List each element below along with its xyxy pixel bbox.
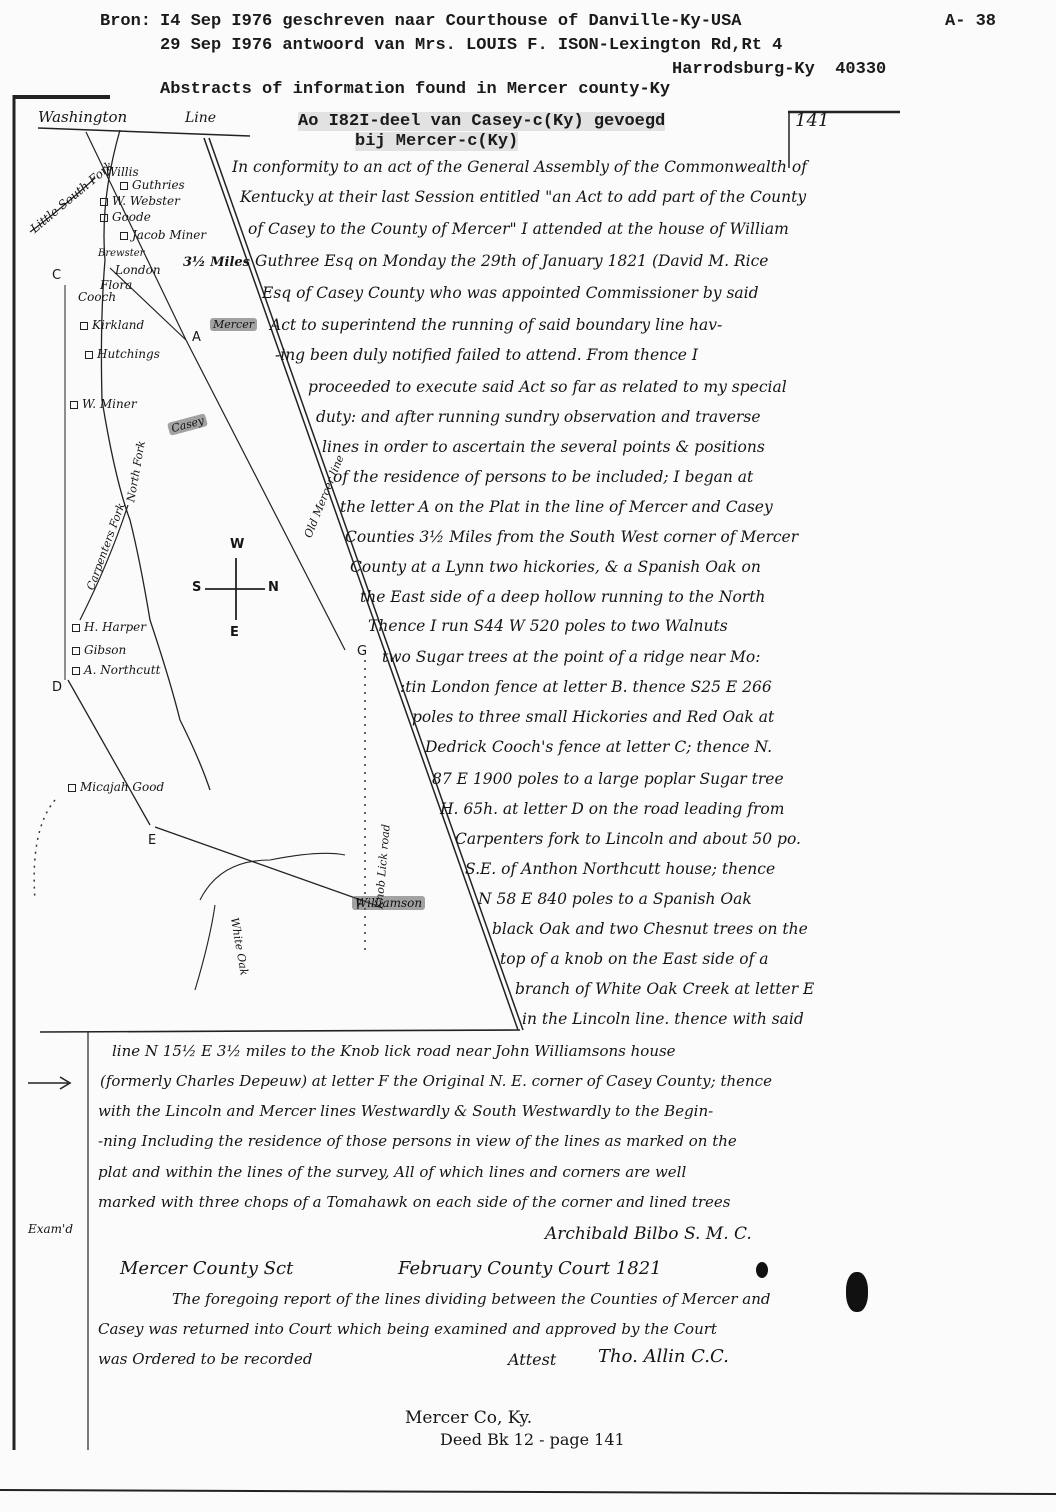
map-house-london: London [115,263,161,277]
house-icon [68,784,76,792]
body-line: :tin London fence at letter B. thence S2… [400,678,772,696]
deed-page-number: 141 [795,110,829,131]
body-line: Act to superintend the running of said b… [270,316,722,334]
compass-e: E [230,625,239,640]
map-house-northcutt: A. Northcutt [72,663,160,677]
house-name: Kirkland [92,318,144,332]
map-house-harper: H. Harper [72,620,146,634]
body-line: Dedrick Cooch's fence at letter C; thenc… [425,738,772,756]
house-icon [72,647,80,655]
compass-n: N [268,580,279,595]
map-corner-c: C [52,268,61,283]
body-line: -ing been duly notified failed to attend… [275,346,698,364]
page-ref: A- 38 [945,12,996,31]
map-distance-label: 3½ Miles [183,255,250,270]
map-corner-a: A [192,330,201,345]
source-label: Bron: [100,12,151,31]
map-house-willis: Willis [105,165,139,179]
body-line: Thence I run S44 W 520 poles to two Waln… [368,617,728,635]
map-house-micajah-good: Micajah Good [68,780,164,794]
lower-line: (formerly Charles Depeuw) at letter F th… [100,1072,772,1090]
house-name: Goode [112,210,151,224]
abstract-title: Abstracts of information found in Mercer… [160,80,670,99]
house-icon [72,624,80,632]
ink-blot [846,1272,868,1312]
map-house-cooch: Cooch [78,290,116,304]
lower-line: line N 15½ E 3½ miles to the Knob lick r… [112,1042,676,1060]
map-house-jacob-miner: Jacob Miner [120,228,206,242]
map-house-kirkland: Kirkland [80,318,144,332]
house-name: Guthries [132,178,185,192]
body-line: the East side of a deep hollow running t… [360,588,765,606]
house-icon [80,322,88,330]
body-line: Carpenters fork to Lincoln and about 50 … [455,830,801,848]
body-line: in the Lincoln line. thence with said [522,1010,804,1028]
court-line: The foregoing report of the lines dividi… [172,1290,770,1308]
body-line: 87 E 1900 poles to a large poplar Sugar … [432,770,784,788]
house-icon [72,667,80,675]
margin-note: Exam'd [28,1222,73,1236]
map-label-washington: Washington [38,108,127,126]
house-icon [120,182,128,190]
body-line: two Sugar trees at the point of a ridge … [382,648,760,666]
court-line: was Ordered to be recorded [98,1350,312,1368]
house-icon [100,198,108,206]
house-name: Gibson [84,643,126,657]
map-corner-d: D [52,680,62,695]
body-line: H. 65h. at letter D on the road leading … [440,800,784,818]
lower-line: with the Lincoln and Mercer lines Westwa… [98,1102,713,1120]
map-label-line: Line [185,110,216,126]
house-name: Micajah Good [80,780,164,794]
house-icon [70,401,78,409]
body-line: proceeded to execute said Act so far as … [308,378,787,396]
body-line: duty: and after running sundry observati… [316,408,761,426]
map-county-mercer: Mercer [210,318,257,331]
body-line: Counties 3½ Miles from the South West co… [345,528,798,546]
subheader-line-2: bij Mercer-c(Ky) [355,132,518,151]
map-house-goode: Goode [100,210,151,224]
house-name: A. Northcutt [84,663,160,677]
court-heading-left: Mercer County Sct [120,1258,293,1279]
house-name: W. Miner [82,397,137,411]
subheader-line-1: Ao I82I-deel van Casey-c(Ky) gevoegd [298,112,665,131]
body-line: black Oak and two Chesnut trees on the [492,920,808,938]
surveyor-signature: Archibald Bilbo S. M. C. [545,1224,752,1244]
body-line: the letter A on the Plat in the line of … [340,498,773,516]
footer-line-2: Deed Bk 12 - page 141 [440,1430,625,1449]
body-line: Esq of Casey County who was appointed Co… [262,284,759,302]
map-corner-e: E [148,833,156,848]
body-line: In conformity to an act of the General A… [232,158,807,176]
header-line-1: I4 Sep I976 geschreven naar Courthouse o… [160,12,742,31]
body-line: branch of White Oak Creek at letter E [515,980,814,998]
body-line: top of a knob on the East side of a [500,950,769,968]
compass-s: S [192,580,201,595]
house-name: H. Harper [84,620,146,634]
compass-w: W [230,537,244,552]
court-heading-right: February County Court 1821 [398,1258,662,1279]
house-name: W. Webster [112,194,180,208]
map-house-gibson: Gibson [72,643,126,657]
body-line: Guthree Esq on Monday the 29th of Januar… [255,252,768,270]
house-name: Hutchings [97,347,160,361]
body-line: S.E. of Anthon Northcutt house; thence [465,860,775,878]
house-name: Jacob Miner [132,228,206,242]
map-corner-f: F [356,898,363,913]
map-house-guthries: Guthries [120,178,185,192]
map-house-webster: W. Webster [100,194,180,208]
body-line: of Casey to the County of Mercer" I atte… [248,220,789,238]
header-line-2: 29 Sep I976 antwoord van Mrs. LOUIS F. I… [160,36,782,55]
ink-blot [756,1262,768,1278]
map-house-hutchings: Hutchings [85,347,160,361]
map-corner-g: G [357,644,367,659]
body-line: lines in order to ascertain the several … [322,438,765,456]
body-line: Kentucky at their last Session entitled … [240,188,806,206]
body-line: poles to three small Hickories and Red O… [412,708,774,726]
body-line: of the residence of persons to be includ… [333,468,753,486]
map-house-brewster: Brewster [98,248,144,259]
body-line: County at a Lynn two hickories, & a Span… [350,558,761,576]
attest-signature: Tho. Allin C.C. [598,1346,729,1367]
footer-line-1: Mercer Co, Ky. [405,1408,532,1428]
lower-line: marked with three chops of a Tomahawk on… [98,1193,730,1211]
attest-label: Attest [508,1350,556,1369]
house-icon [120,232,128,240]
court-line: Casey was returned into Court which bein… [98,1320,717,1338]
lower-line: -ning Including the residence of those p… [98,1132,737,1150]
lower-line: plat and within the lines of the survey,… [98,1163,686,1181]
body-line: N 58 E 840 poles to a Spanish Oak [478,890,752,908]
house-icon [100,214,108,222]
house-icon [85,351,93,359]
map-house-w-miner: W. Miner [70,397,137,411]
header-line-3: Harrodsburg-Ky 40330 [672,60,886,79]
